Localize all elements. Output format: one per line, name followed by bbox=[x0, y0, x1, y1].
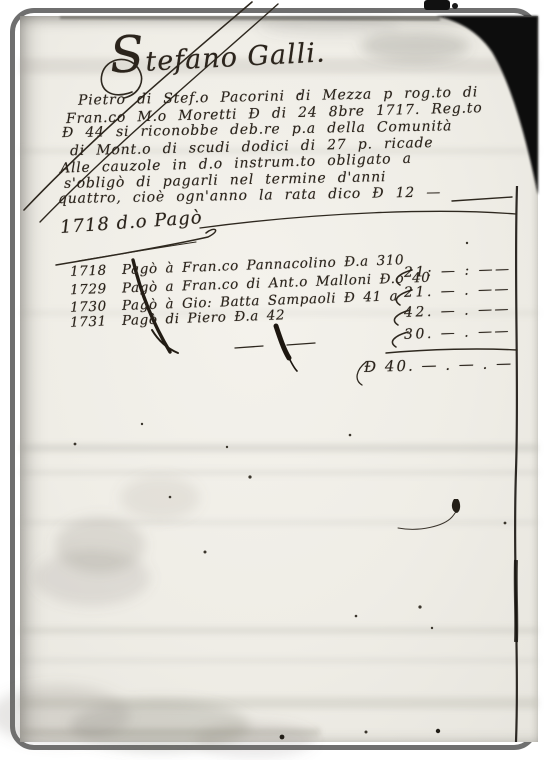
ledger-entry-year: 1731 bbox=[70, 313, 115, 331]
main-paragraph: Pietro di Stef.o Pacorini di Mezza p rog… bbox=[58, 88, 532, 204]
ledger-entry-year: 1729 bbox=[70, 281, 115, 299]
scanned-manuscript-view: Stefano Galli. Pietro di Stef.o Pacorini… bbox=[0, 0, 546, 760]
ledger-entry-year: 1718 bbox=[70, 262, 115, 280]
